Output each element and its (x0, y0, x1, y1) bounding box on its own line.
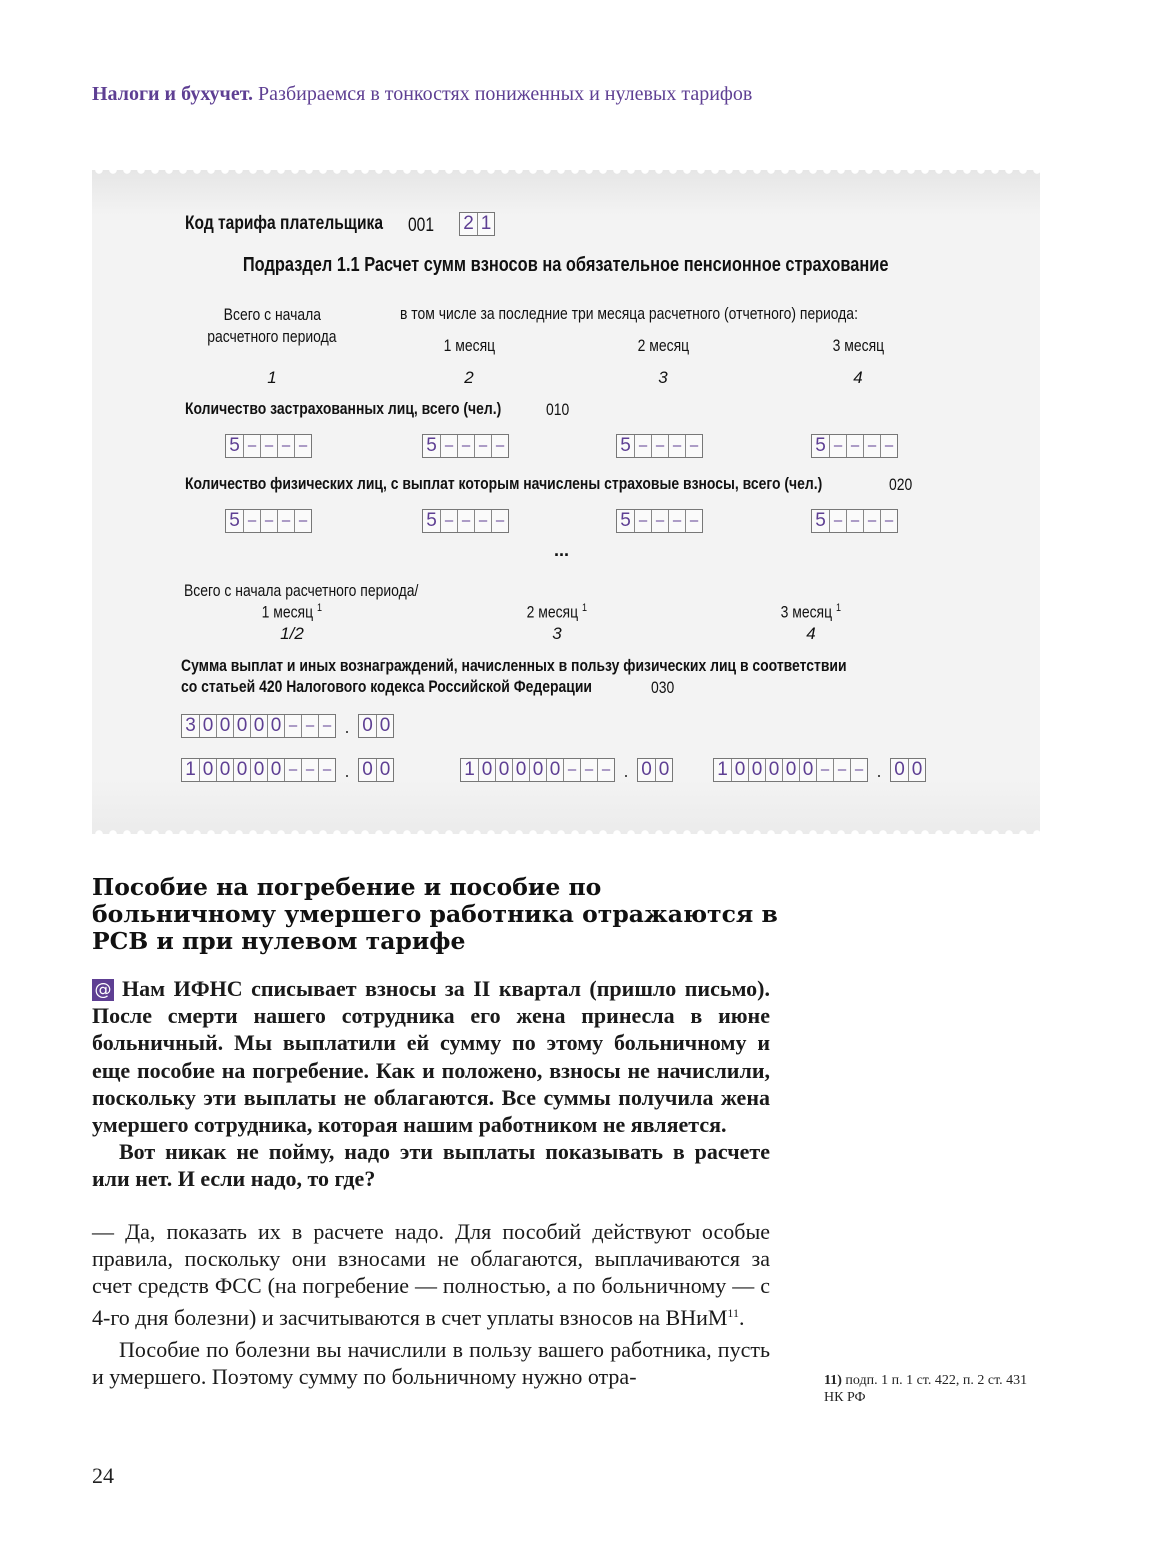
form-cell: – (651, 510, 668, 532)
row-010-label: Количество застрахованных лиц, всего (че… (185, 399, 571, 419)
decimal-separator: . (868, 761, 890, 782)
form-cell: 0 (376, 715, 393, 737)
form-cell: – (243, 435, 260, 457)
section2-column-number-2: 3 (497, 624, 617, 644)
subsection-title: Подраздел 1.1 Расчет сумм взносов на обя… (92, 254, 1040, 277)
form-cell: – (850, 759, 867, 781)
form-cell: 0 (199, 759, 216, 781)
form-cell: 0 (376, 759, 393, 781)
form-cell: 1 (714, 759, 731, 781)
section2-month-2: 2 месяц 1 (497, 602, 617, 623)
form-cell: 5 (812, 510, 829, 532)
form-cell: 1 (182, 759, 199, 781)
form-cell: – (829, 510, 846, 532)
row-020-cells-col-1: 5–––– (225, 509, 312, 533)
row-010-cells-col-2: 5–––– (422, 434, 509, 458)
form-cell: – (474, 510, 491, 532)
form-cell: – (563, 759, 580, 781)
row-030-month-2-integer: 100000––– (460, 758, 615, 782)
form-cell: – (685, 435, 702, 457)
form-cell: – (634, 510, 651, 532)
row-020-cells-col-2: 5–––– (422, 509, 509, 533)
form-cell: – (634, 435, 651, 457)
form-cell: 0 (765, 759, 782, 781)
form-cell: – (284, 715, 301, 737)
row-030-month-3: 100000–––.00 (713, 758, 926, 782)
form-cell: 0 (546, 759, 563, 781)
row-010-code: 010 (546, 400, 574, 420)
form-cell: – (457, 435, 474, 457)
form-cell: – (318, 715, 335, 737)
form-cell: 0 (731, 759, 748, 781)
form-cell: – (277, 435, 294, 457)
form-cell: 0 (638, 759, 655, 781)
form-cell: 0 (891, 759, 908, 781)
page-number: 24 (92, 1463, 114, 1489)
form-cell: – (301, 759, 318, 781)
form-cell: – (491, 510, 508, 532)
form-cell: – (829, 435, 846, 457)
row-030-total-integer: 300000––– (181, 714, 336, 738)
form-cell: 0 (216, 759, 233, 781)
row-020-cells-col-3: 5–––– (616, 509, 703, 533)
form-cell: – (668, 435, 685, 457)
form-cell: – (685, 510, 702, 532)
row-020-cells-col-4: 5–––– (811, 509, 898, 533)
form-cell: – (863, 510, 880, 532)
column-number-2: 2 (459, 368, 479, 388)
running-head-section: Налоги и бухучет. (92, 83, 253, 105)
form-cell: 0 (782, 759, 799, 781)
row-020-label: Количество физических лиц, с выплат кото… (185, 474, 962, 494)
row-030-label-line2: со статьей 420 Налогового кодекса Россий… (181, 677, 682, 697)
form-cell: 0 (250, 715, 267, 737)
form-cell: – (277, 510, 294, 532)
form-cell: 1 (461, 759, 478, 781)
form-cell: 0 (529, 759, 546, 781)
column-number-3: 3 (653, 368, 673, 388)
form-cell: – (457, 510, 474, 532)
month-label-3: 3 месяц (808, 336, 908, 356)
form-cell: 0 (359, 715, 376, 737)
row-030-code: 030 (651, 678, 679, 698)
form-cell: 0 (799, 759, 816, 781)
row-010-cells-col-3: 5–––– (616, 434, 703, 458)
section2-column-number-1: 1/2 (232, 624, 352, 644)
tariff-cell: 1 (477, 213, 494, 235)
tariff-code: 001 (408, 215, 440, 237)
question-paragraph-1: @Нам ИФНС списывает взносы за II квартал… (92, 975, 770, 1138)
form-cell: – (880, 510, 897, 532)
col-header-months: в том числе за последние три месяца расч… (400, 304, 958, 324)
running-head: Налоги и бухучет. Разбираемся в тонкостя… (92, 83, 752, 106)
section2-month-3: 3 месяц 1 (751, 602, 871, 623)
column-number-1: 1 (262, 368, 282, 388)
month-label-2: 2 месяц (613, 336, 713, 356)
form-cell: 0 (199, 715, 216, 737)
answer-block: — Да, показать их в расчете надо. Для по… (92, 1218, 770, 1390)
form-cell: 0 (908, 759, 925, 781)
question-paragraph-2: Вот никак не пойму, надо эти выплаты пок… (92, 1138, 770, 1192)
form-cell: 0 (216, 715, 233, 737)
decimal-separator: . (336, 717, 358, 738)
form-cell: – (491, 435, 508, 457)
tariff-cells: 21 (459, 212, 495, 236)
tariff-cell: 2 (460, 213, 477, 235)
answer-paragraph-2: Пособие по болезни вы начислили в пользу… (92, 1336, 770, 1390)
row-010-cells-col-1: 5–––– (225, 434, 312, 458)
form-cell: 0 (267, 759, 284, 781)
form-cell: 5 (423, 435, 440, 457)
form-cell: – (440, 435, 457, 457)
section2-column-number-3: 4 (751, 624, 871, 644)
form-cell: 5 (226, 435, 243, 457)
row-030-month-2-decimal: 00 (637, 758, 673, 782)
tariff-label: Код тарифа плательщика (185, 213, 383, 235)
question-block: @Нам ИФНС списывает взносы за II квартал… (92, 975, 770, 1193)
form-cell: 0 (512, 759, 529, 781)
at-sign-icon: @ (92, 979, 114, 1001)
row-030-month-1: 100000–––.00 (181, 758, 394, 782)
section2-month-1: 1 месяц 1 (232, 602, 352, 623)
row-030-month-2: 100000–––.00 (460, 758, 673, 782)
form-cell: 0 (267, 715, 284, 737)
col-header-total: Всего с начала расчетного периода (172, 304, 372, 348)
form-cell: – (284, 759, 301, 781)
answer-paragraph-1: — Да, показать их в расчете надо. Для по… (92, 1218, 770, 1331)
ellipsis: ... (554, 540, 569, 561)
form-cell: – (846, 510, 863, 532)
form-excerpt-panel: Код тарифа плательщика 001 21 Подраздел … (92, 170, 1040, 834)
form-cell: 0 (233, 759, 250, 781)
row-030-total: 300000–––.00 (181, 714, 394, 738)
row-030-total-decimal: 00 (358, 714, 394, 738)
decimal-separator: . (615, 761, 637, 782)
form-cell: 0 (359, 759, 376, 781)
form-cell: 0 (655, 759, 672, 781)
decimal-separator: . (336, 761, 358, 782)
form-cell: – (260, 510, 277, 532)
form-cell: – (318, 759, 335, 781)
form-cell: 0 (250, 759, 267, 781)
form-cell: 0 (478, 759, 495, 781)
row-030-month-1-decimal: 00 (358, 758, 394, 782)
form-cell: 3 (182, 715, 199, 737)
form-cell: 0 (748, 759, 765, 781)
article-title: Пособие на погребение и пособие по больн… (92, 874, 792, 955)
form-cell: 5 (617, 510, 634, 532)
row-030-month-3-decimal: 00 (890, 758, 926, 782)
running-head-title: Разбираемся в тонкостях пониженных и нул… (258, 83, 752, 105)
form-cell: – (440, 510, 457, 532)
form-cell: – (668, 510, 685, 532)
row-030-month-3-integer: 100000––– (713, 758, 868, 782)
form-cell: – (833, 759, 850, 781)
form-cell: – (651, 435, 668, 457)
footnote-ref[interactable]: 11 (727, 1306, 739, 1320)
form-cell: – (474, 435, 491, 457)
row-010-cells-col-4: 5–––– (811, 434, 898, 458)
tariff-row: Код тарифа плательщика (185, 213, 426, 235)
row-030-month-1-integer: 100000––– (181, 758, 336, 782)
form-cell: 5 (617, 435, 634, 457)
form-cell: – (880, 435, 897, 457)
form-cell: – (816, 759, 833, 781)
form-cell: – (243, 510, 260, 532)
row-020-code: 020 (889, 475, 917, 495)
footnote-text: подп. 1 п. 1 ст. 422, п. 2 ст. 431 НК РФ (824, 1373, 1027, 1405)
form-cell: 5 (423, 510, 440, 532)
form-cell: – (863, 435, 880, 457)
form-cell: – (294, 510, 311, 532)
form-cell: 5 (226, 510, 243, 532)
form-cell: – (580, 759, 597, 781)
column-number-4: 4 (848, 368, 868, 388)
form-cell: 5 (812, 435, 829, 457)
form-cell: – (846, 435, 863, 457)
form-cell: 0 (233, 715, 250, 737)
month-label-1: 1 месяц (419, 336, 519, 356)
form-cell: 0 (495, 759, 512, 781)
form-cell: – (260, 435, 277, 457)
footnote-number: 11) (824, 1373, 842, 1388)
row-030-label-line1: Сумма выплат и иных вознаграждений, начи… (181, 656, 993, 676)
form-cell: – (301, 715, 318, 737)
footnote-11: 11) подп. 1 п. 1 ст. 422, п. 2 ст. 431 Н… (824, 1372, 1034, 1406)
form-cell: – (294, 435, 311, 457)
section2-header: Всего с начала расчетного периода/ (184, 581, 470, 601)
form-cell: – (597, 759, 614, 781)
